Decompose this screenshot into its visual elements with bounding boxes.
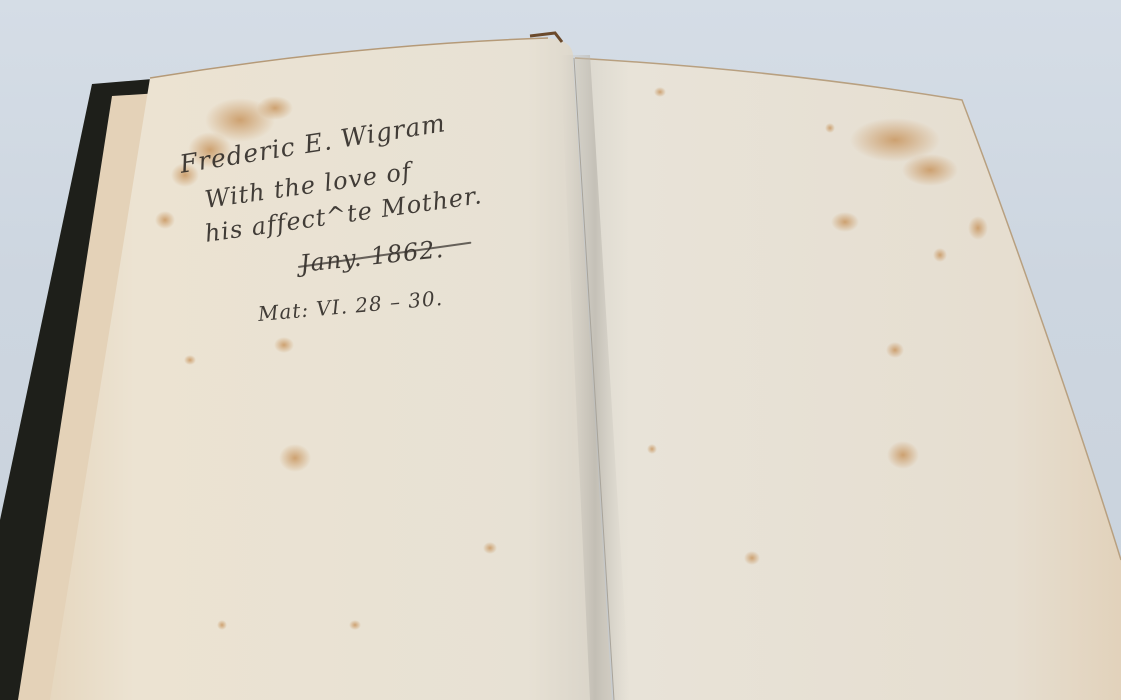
- photo-scene: Frederic E. Wigram With the love of his …: [0, 0, 1121, 700]
- open-book: [0, 0, 1121, 700]
- right-page: [575, 58, 1121, 700]
